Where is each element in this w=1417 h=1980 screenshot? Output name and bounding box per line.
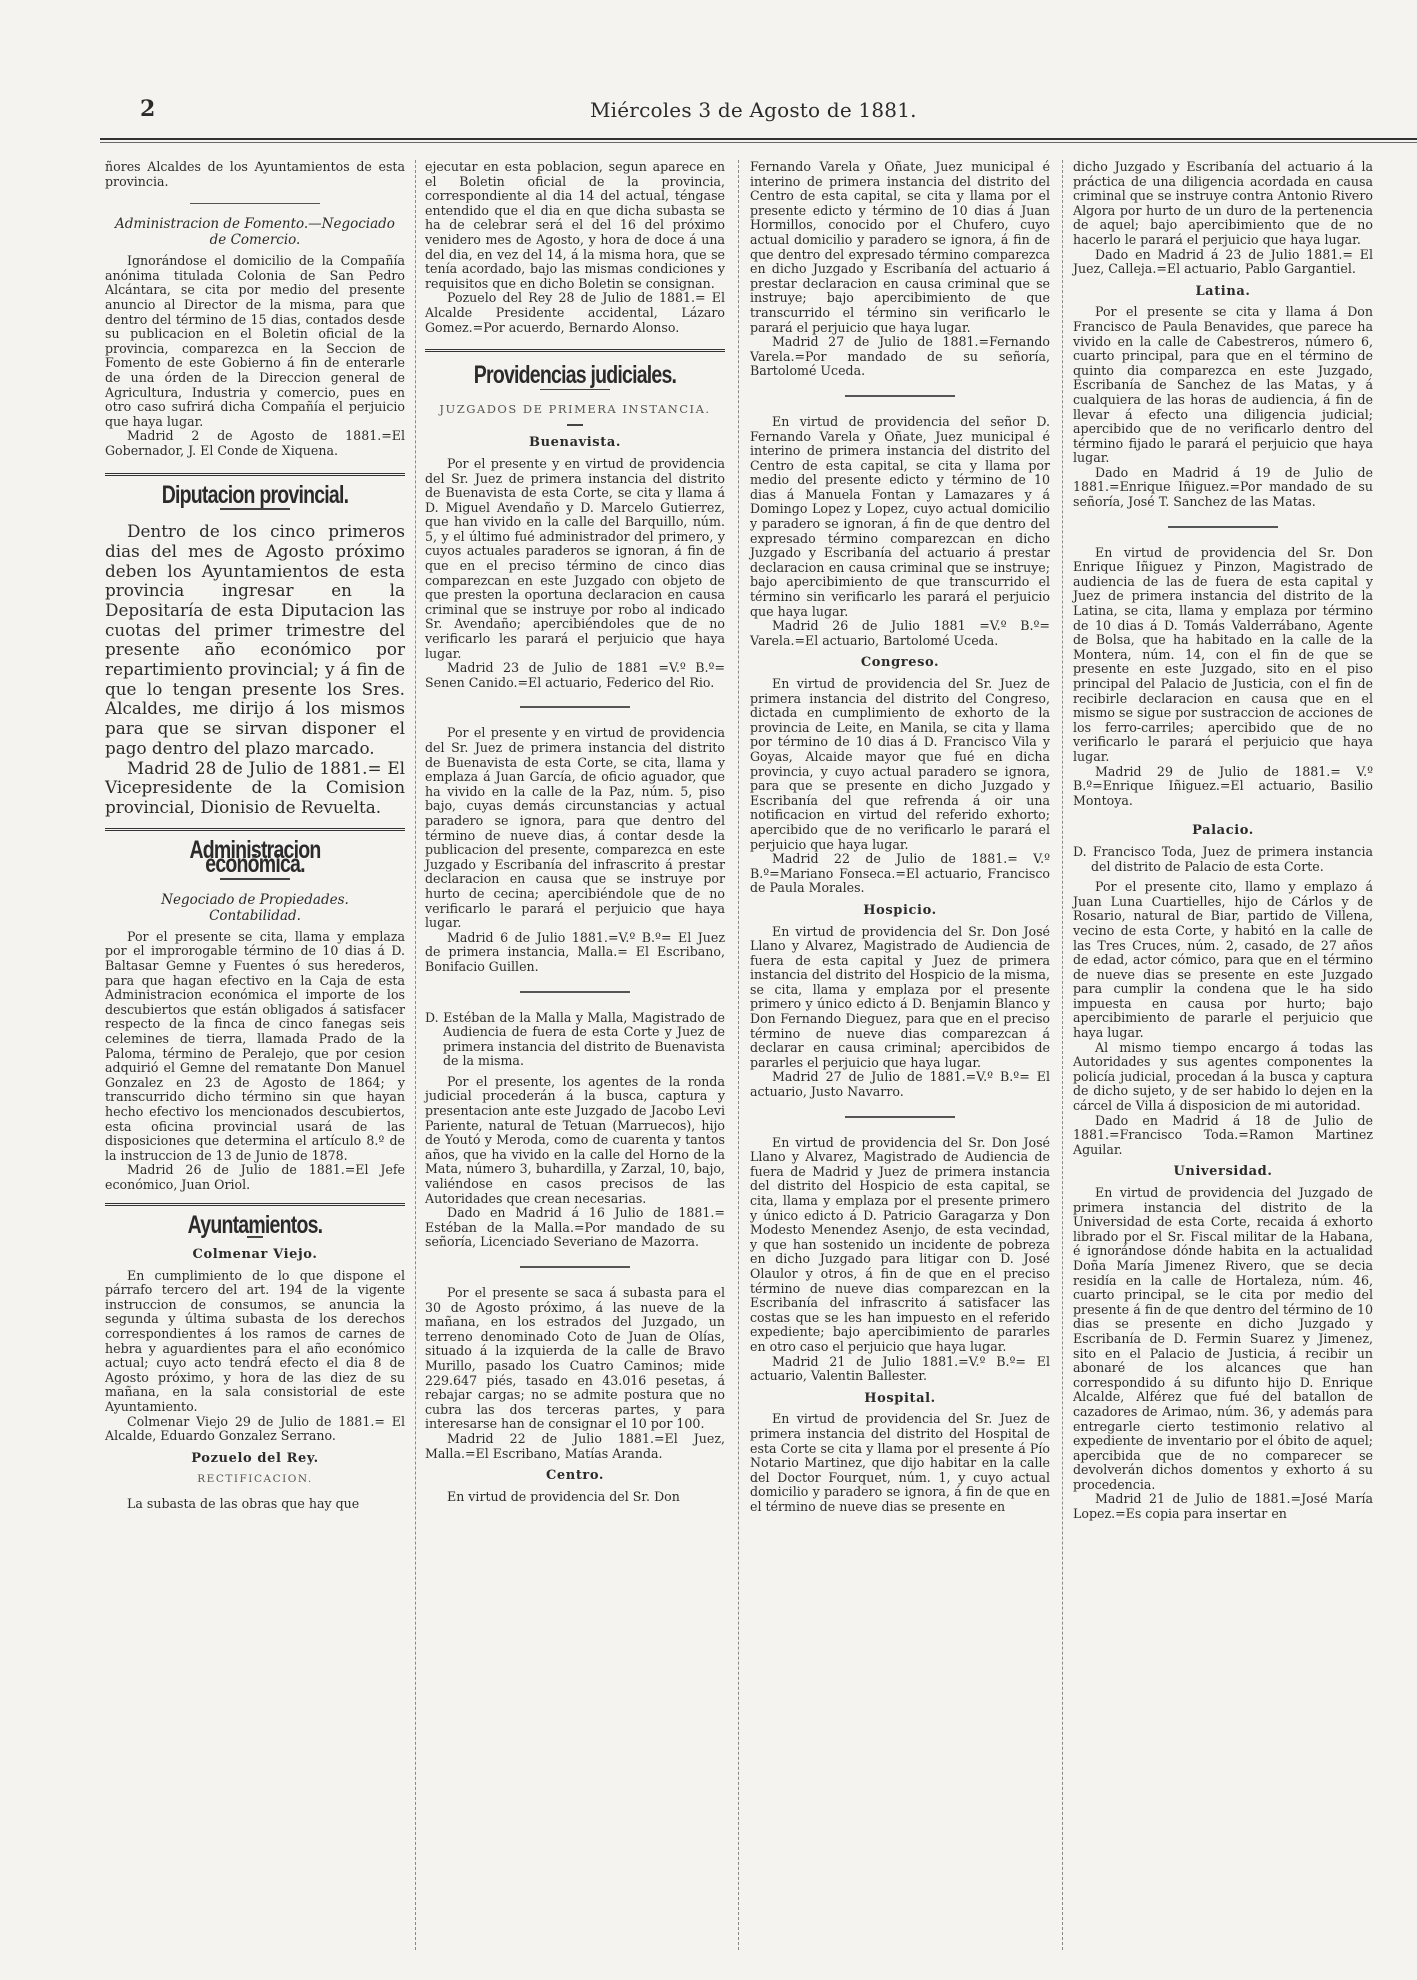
section-title: Diputacion provincial. [138, 488, 372, 503]
notice-signature: Madrid 2 de Agosto de 1881.=El Gobernado… [105, 429, 405, 458]
notice-heading: D. Francisco Toda, Juez de primera insta… [1073, 845, 1373, 874]
page-header: 2 Miércoles 3 de Agosto de 1881. [0, 96, 1417, 136]
notice-signature: Madrid 27 de Julio de 1881.=Fernando Var… [750, 335, 1050, 379]
district-heading: Latina. [1073, 285, 1373, 300]
notice-body: En virtud de providencia del Sr. Don Jos… [750, 1136, 1050, 1355]
notice-signature: Madrid 6 de Julio 1881.=V.º B.º= El Juez… [425, 931, 725, 975]
column-divider [1062, 160, 1063, 1950]
notice-body: Ignorándose el domicilio de la Compañía … [105, 254, 405, 429]
subsection-heading: JUZGADOS DE PRIMERA INSTANCIA. [425, 402, 725, 417]
divider [1168, 526, 1278, 528]
notice-body: Al mismo tiempo encargo á todas las Auto… [1073, 1041, 1373, 1114]
district-heading: Universidad. [1073, 1165, 1373, 1180]
divider [845, 395, 955, 397]
notice-signature: Madrid 22 de Julio de 1881.= V.º B.º=Mar… [750, 852, 1050, 896]
notice-heading: D. Estéban de la Malla y Malla, Magistra… [425, 1011, 725, 1069]
column-2: ejecutar en esta poblacion, segun aparec… [425, 160, 725, 1504]
continued-text: ñores Alcaldes de los Ayuntamientos de e… [105, 160, 405, 189]
district-heading: Hospital. [750, 1392, 1050, 1407]
district-heading: Pozuelo del Rey. [105, 1452, 405, 1467]
section-title: Ayuntamientos. [138, 1218, 372, 1233]
district-heading: Colmenar Viejo. [105, 1248, 405, 1263]
notice-body: En virtud de providencia del Juzgado de … [1073, 1186, 1373, 1492]
column-1: ñores Alcaldes de los Ayuntamientos de e… [105, 160, 405, 1512]
section-title: Administracion económica. [138, 843, 372, 872]
section-rule [105, 828, 405, 833]
header-rule [100, 138, 1417, 143]
column-divider [738, 160, 739, 1950]
notice-body: Dentro de los cinco primeros dias del me… [105, 522, 405, 758]
section-subtitle: Negociado de Propiedades. [105, 892, 405, 908]
section-subtitle: Administracion de Fomento.—Negociado de … [105, 216, 405, 248]
notice-body: En virtud de providencia del Sr. Don [425, 1490, 725, 1505]
notice-signature: Madrid 22 de Julio 1881.=El Juez, Malla.… [425, 1432, 725, 1461]
continued-text: dicho Juzgado y Escribanía del actuario … [1073, 160, 1373, 248]
notice-body: En virtud de providencia del Sr. Don Jos… [750, 925, 1050, 1071]
district-heading: Centro. [425, 1469, 725, 1484]
notice-body: Por el presente cito, llamo y emplazo á … [1073, 880, 1373, 1041]
notice-signature: Dado en Madrid á 19 de Julio de 1881.=En… [1073, 466, 1373, 510]
notice-body: Por el presente y en virtud de providenc… [425, 726, 725, 930]
divider [520, 991, 630, 993]
notice-body: En virtud de providencia del Sr. Juez de… [750, 1412, 1050, 1514]
section-subtitle: Contabilidad. [105, 908, 405, 924]
notice-body: En cumplimiento de lo que dispone el pár… [105, 1269, 405, 1415]
column-4: dicho Juzgado y Escribanía del actuario … [1073, 160, 1373, 1522]
divider [567, 424, 583, 426]
continued-text: ejecutar en esta poblacion, segun aparec… [425, 160, 725, 291]
notice-signature: Dado en Madrid á 16 Julio de 1881.= Esté… [425, 1206, 725, 1250]
notice-signature: Madrid 27 de Julio de 1881.=V.º B.º= El … [750, 1070, 1050, 1099]
section-rule [105, 473, 405, 478]
notice-signature: Pozuelo del Rey 28 de Julio de 1881.= El… [425, 291, 725, 335]
column-divider [415, 160, 416, 1950]
divider [520, 1266, 630, 1268]
notice-body: Por el presente, los agentes de la ronda… [425, 1075, 725, 1206]
notice-body: En virtud de providencia del Sr. Juez de… [750, 677, 1050, 852]
notice-signature: Madrid 21 de Julio 1881.=V.º B.º= El act… [750, 1355, 1050, 1384]
notice-signature: Madrid 21 de Julio de 1881.=José María L… [1073, 1492, 1373, 1521]
notice-signature: Dado en Madrid á 23 de Julio 1881.= El J… [1073, 248, 1373, 277]
divider [520, 706, 630, 708]
notice-body: Por el presente y en virtud de providenc… [425, 457, 725, 661]
notice-signature: Madrid 26 de Julio de 1881.=El Jefe econ… [105, 1163, 405, 1192]
district-heading: Buenavista. [425, 436, 725, 451]
column-3: Fernando Varela y Oñate, Juez municipal … [750, 160, 1050, 1514]
notice-body: En virtud de providencia del Sr. Don Enr… [1073, 546, 1373, 765]
divider [190, 203, 320, 204]
notice-body: Por el presente se saca á subasta para e… [425, 1286, 725, 1432]
section-rule [425, 349, 725, 354]
section-rule [105, 1203, 405, 1208]
section-title: Providencias judiciales. [458, 368, 692, 383]
notice-signature: Madrid 23 de Julio de 1881 =V.º B.º= Sen… [425, 661, 725, 690]
page-number: 2 [140, 96, 155, 122]
continued-text: Fernando Varela y Oñate, Juez municipal … [750, 160, 1050, 335]
district-heading: Palacio. [1073, 824, 1373, 839]
notice-body: La subasta de las obras que hay que [105, 1497, 405, 1512]
notice-body: Por el presente se cita, llama y emplaza… [105, 930, 405, 1164]
notice-body: En virtud de providencia del señor D. Fe… [750, 415, 1050, 619]
page-date: Miércoles 3 de Agosto de 1881. [590, 98, 917, 122]
notice-signature: Dado en Madrid á 18 de Julio de 1881.=Fr… [1073, 1114, 1373, 1158]
notice-signature: Madrid 26 de Julio 1881 =V.º B.º= Varela… [750, 619, 1050, 648]
notice-signature: Colmenar Viejo 29 de Julio de 1881.= El … [105, 1415, 405, 1444]
divider [845, 1116, 955, 1118]
notice-body: Por el presente se cita y llama á Don Fr… [1073, 305, 1373, 466]
notice-signature: Madrid 29 de Julio de 1881.= V.º B.º=Enr… [1073, 765, 1373, 809]
notice-signature: Madrid 28 de Julio de 1881.= El Vicepres… [105, 759, 405, 818]
notice-label: RECTIFICACION. [105, 1472, 405, 1487]
district-heading: Congreso. [750, 656, 1050, 671]
district-heading: Hospicio. [750, 904, 1050, 919]
